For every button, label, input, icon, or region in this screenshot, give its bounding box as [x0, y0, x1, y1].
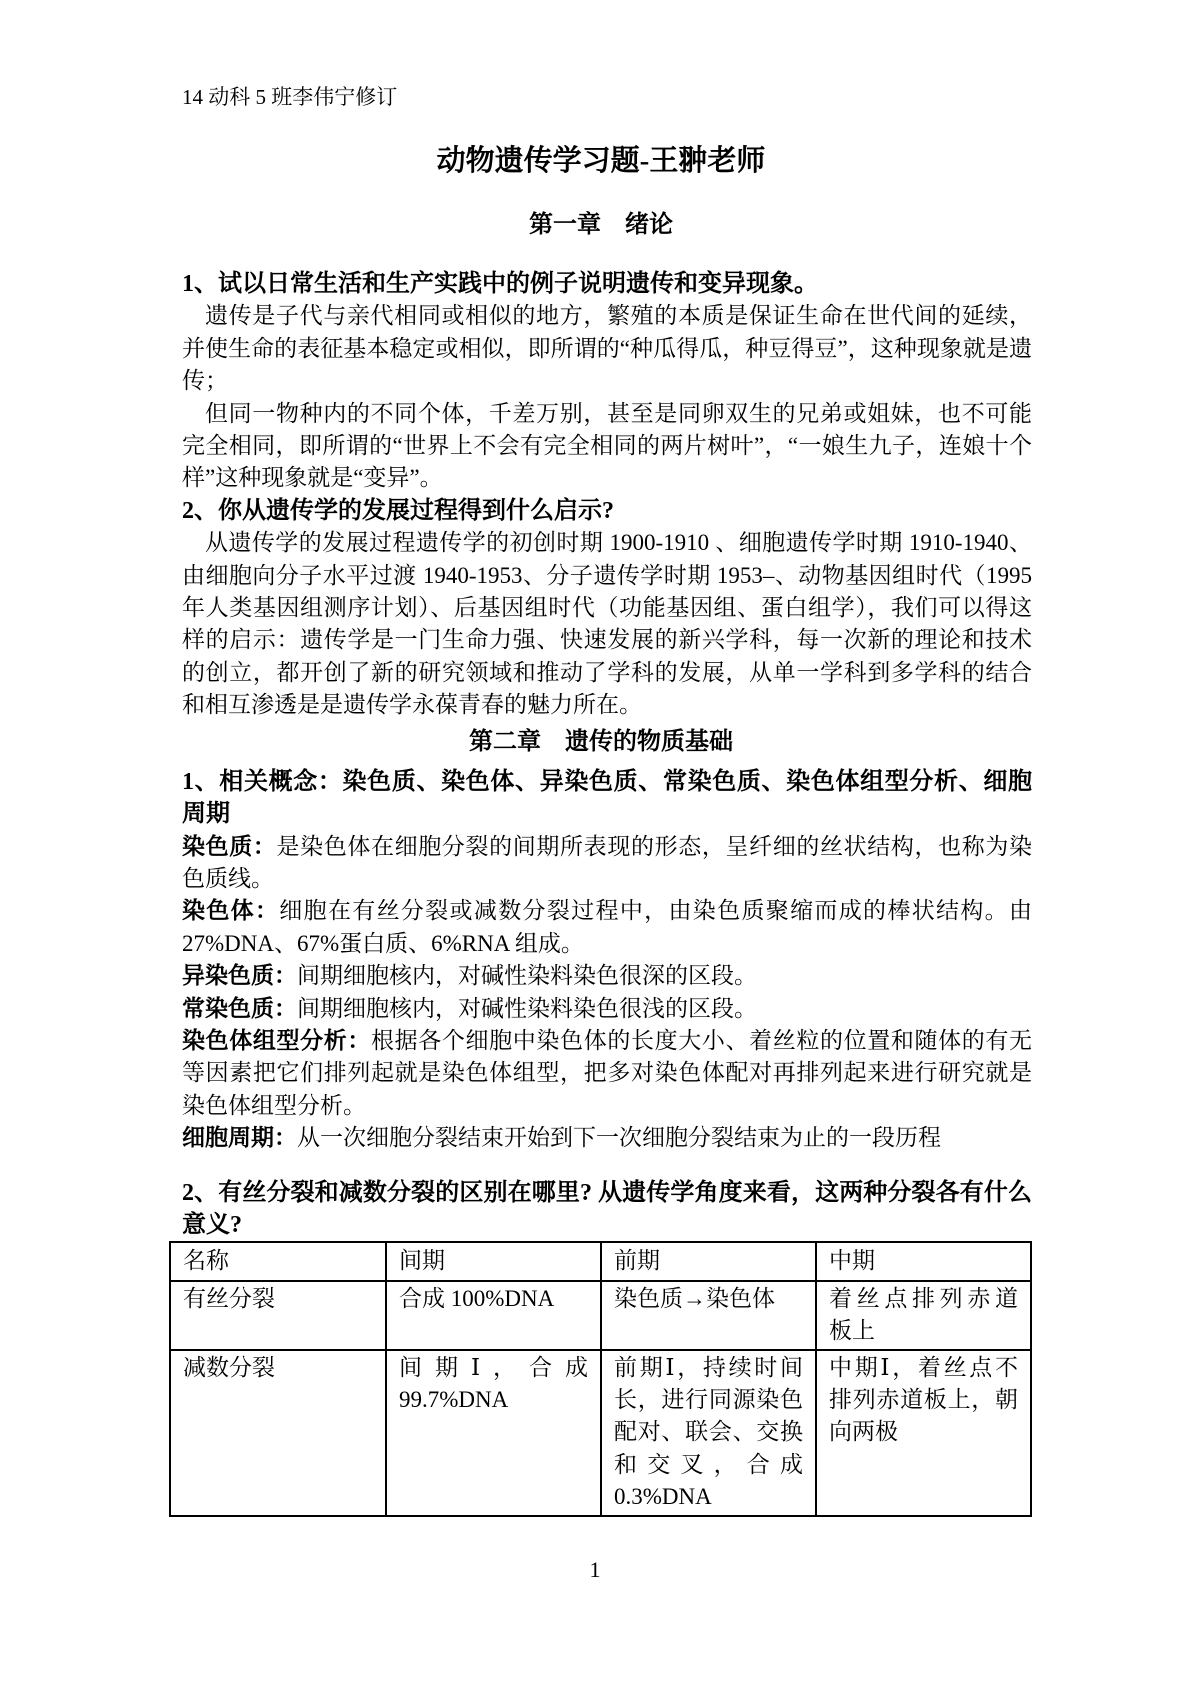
ch1-q1-paragraph-2: 但同一物种内的不同个体，千差万别，甚至是同卵双生的兄弟或姐妹，也不可能完全相同，…: [182, 398, 1032, 495]
table-cell-line: 减数分裂: [183, 1352, 373, 1384]
ch2-question-1-heading: 1、相关概念：染色质、染色体、异染色质、常染色质、染色体组型分析、细胞周期: [182, 766, 1032, 831]
table-cell: 间期Ⅰ，合成 99.7%DNA: [386, 1350, 601, 1516]
table-cell-line: 0.3%DNA: [614, 1481, 803, 1513]
doc-title: 动物遗传学习题-王翀老师: [170, 141, 1032, 181]
definition-text: 间期细胞核内，对碱性染料染色很浅的区段。: [297, 996, 757, 1021]
definition-text: 细胞在有丝分裂或减数分裂过程中，由染色质聚缩而成的棒状结构。由 27%DNA、6…: [182, 898, 1032, 955]
table-header-prophase: 前期: [601, 1242, 816, 1280]
document-page: 14 动科 5 班李伟宁修订 动物遗传学习题-王翀老师 第一章 绪论 1、试以日…: [0, 0, 1190, 1683]
definition-term: 细胞周期：: [182, 1125, 297, 1150]
table-cell-line: 长，进行同源染色: [614, 1384, 803, 1416]
comparison-table: 名称 间期 前期 中期 有丝分裂 合成 100%DNA 染色质→染色体 着丝点排…: [169, 1241, 1032, 1516]
ch1-q2-paragraph: 从遗传学的发展过程遗传学的初创时期 1900-1910 、细胞遗传学时期 191…: [182, 527, 1032, 721]
table-cell-line: 配对、联会、交换: [614, 1416, 803, 1448]
table-cell-line: 前期Ⅰ，持续时间: [614, 1352, 803, 1384]
ch2-question-2-heading: 2、有丝分裂和减数分裂的区别在哪里? 从遗传学角度来看，这两种分裂各有什么意义?: [182, 1177, 1032, 1242]
definition-heterochromatin: 异染色质：间期细胞核内，对碱性染料染色很深的区段。: [182, 960, 1032, 992]
definition-term: 常染色质：: [182, 996, 297, 1021]
definition-karyotype-analysis: 染色体组型分析：根据各个细胞中染色体的长度大小、着丝粒的位置和随体的有无等因素把…: [182, 1025, 1032, 1122]
chapter-1-heading: 第一章 绪论: [170, 205, 1032, 245]
table-cell-line: 着丝点排列赤道: [829, 1283, 1018, 1315]
table-cell: 减数分裂: [170, 1350, 386, 1516]
table-cell-line: 排列赤道板上，朝: [829, 1384, 1018, 1416]
table-header-metaphase: 中期: [816, 1242, 1031, 1280]
table-cell-line: 99.7%DNA: [399, 1384, 588, 1416]
table-cell-line: 有丝分裂: [183, 1283, 373, 1315]
table-header-row: 名称 间期 前期 中期: [170, 1242, 1031, 1280]
table-row-meiosis: 减数分裂 间期Ⅰ，合成 99.7%DNA 前期Ⅰ，持续时间 长，进行同源染色 配…: [170, 1350, 1031, 1516]
definition-chromatin: 染色质：是染色体在细胞分裂的间期所表现的形态，呈纤细的丝状结构，也称为染色质线。: [182, 831, 1032, 896]
definition-text: 从一次细胞分裂结束开始到下一次细胞分裂结束为止的一段历程: [297, 1125, 941, 1150]
definition-term: 染色质：: [182, 834, 277, 859]
table-cell-line: 间期Ⅰ，合成: [399, 1352, 588, 1384]
table-cell: 中期Ⅰ，着丝点不 排列赤道板上，朝 向两极: [816, 1350, 1031, 1516]
table-cell-line: 和交叉，合成: [614, 1449, 803, 1481]
ch1-question-1-heading: 1、试以日常生活和生产实践中的例子说明遗传和变异现象。: [182, 268, 1032, 300]
table-cell-line: 染色质→染色体: [614, 1283, 803, 1315]
table-header-interphase: 间期: [386, 1242, 601, 1280]
table-cell: 染色质→染色体: [601, 1281, 816, 1350]
table-cell: 着丝点排列赤道 板上: [816, 1281, 1031, 1350]
ch1-q1-paragraph-1: 遗传是子代与亲代相同或相似的地方，繁殖的本质是保证生命在世代间的延续，并使生命的…: [182, 300, 1032, 397]
table-cell: 合成 100%DNA: [386, 1281, 601, 1350]
table-cell-line: 板上: [829, 1315, 1018, 1347]
definition-euchromatin: 常染色质：间期细胞核内，对碱性染料染色很浅的区段。: [182, 993, 1032, 1025]
table-cell-line: 合成 100%DNA: [399, 1283, 588, 1315]
ch1-question-2-heading: 2、你从遗传学的发展过程得到什么启示?: [182, 495, 1032, 527]
chapter-2-heading: 第二章 遗传的物质基础: [170, 722, 1032, 762]
table-cell: 前期Ⅰ，持续时间 长，进行同源染色 配对、联会、交换 和交叉，合成 0.3%DN…: [601, 1350, 816, 1516]
definition-chromosome: 染色体：细胞在有丝分裂或减数分裂过程中，由染色质聚缩而成的棒状结构。由 27%D…: [182, 895, 1032, 960]
table-cell-line: 向两极: [829, 1416, 1018, 1448]
definition-cell-cycle: 细胞周期：从一次细胞分裂结束开始到下一次细胞分裂结束为止的一段历程: [182, 1122, 1032, 1154]
definition-term: 染色体组型分析：: [182, 1028, 371, 1053]
definition-text: 是染色体在细胞分裂的间期所表现的形态，呈纤细的丝状结构，也称为染色质线。: [182, 834, 1032, 891]
page-number: 1: [158, 1557, 1032, 1583]
definition-term: 异染色质：: [182, 963, 297, 988]
table-row-mitosis: 有丝分裂 合成 100%DNA 染色质→染色体 着丝点排列赤道 板上: [170, 1281, 1031, 1350]
table-cell-line: 中期Ⅰ，着丝点不: [829, 1352, 1018, 1384]
table-header-name: 名称: [170, 1242, 386, 1280]
definition-term: 染色体：: [182, 898, 279, 923]
doc-header: 14 动科 5 班李伟宁修订: [182, 84, 1032, 110]
table-cell: 有丝分裂: [170, 1281, 386, 1350]
definition-text: 间期细胞核内，对碱性染料染色很深的区段。: [297, 963, 757, 988]
